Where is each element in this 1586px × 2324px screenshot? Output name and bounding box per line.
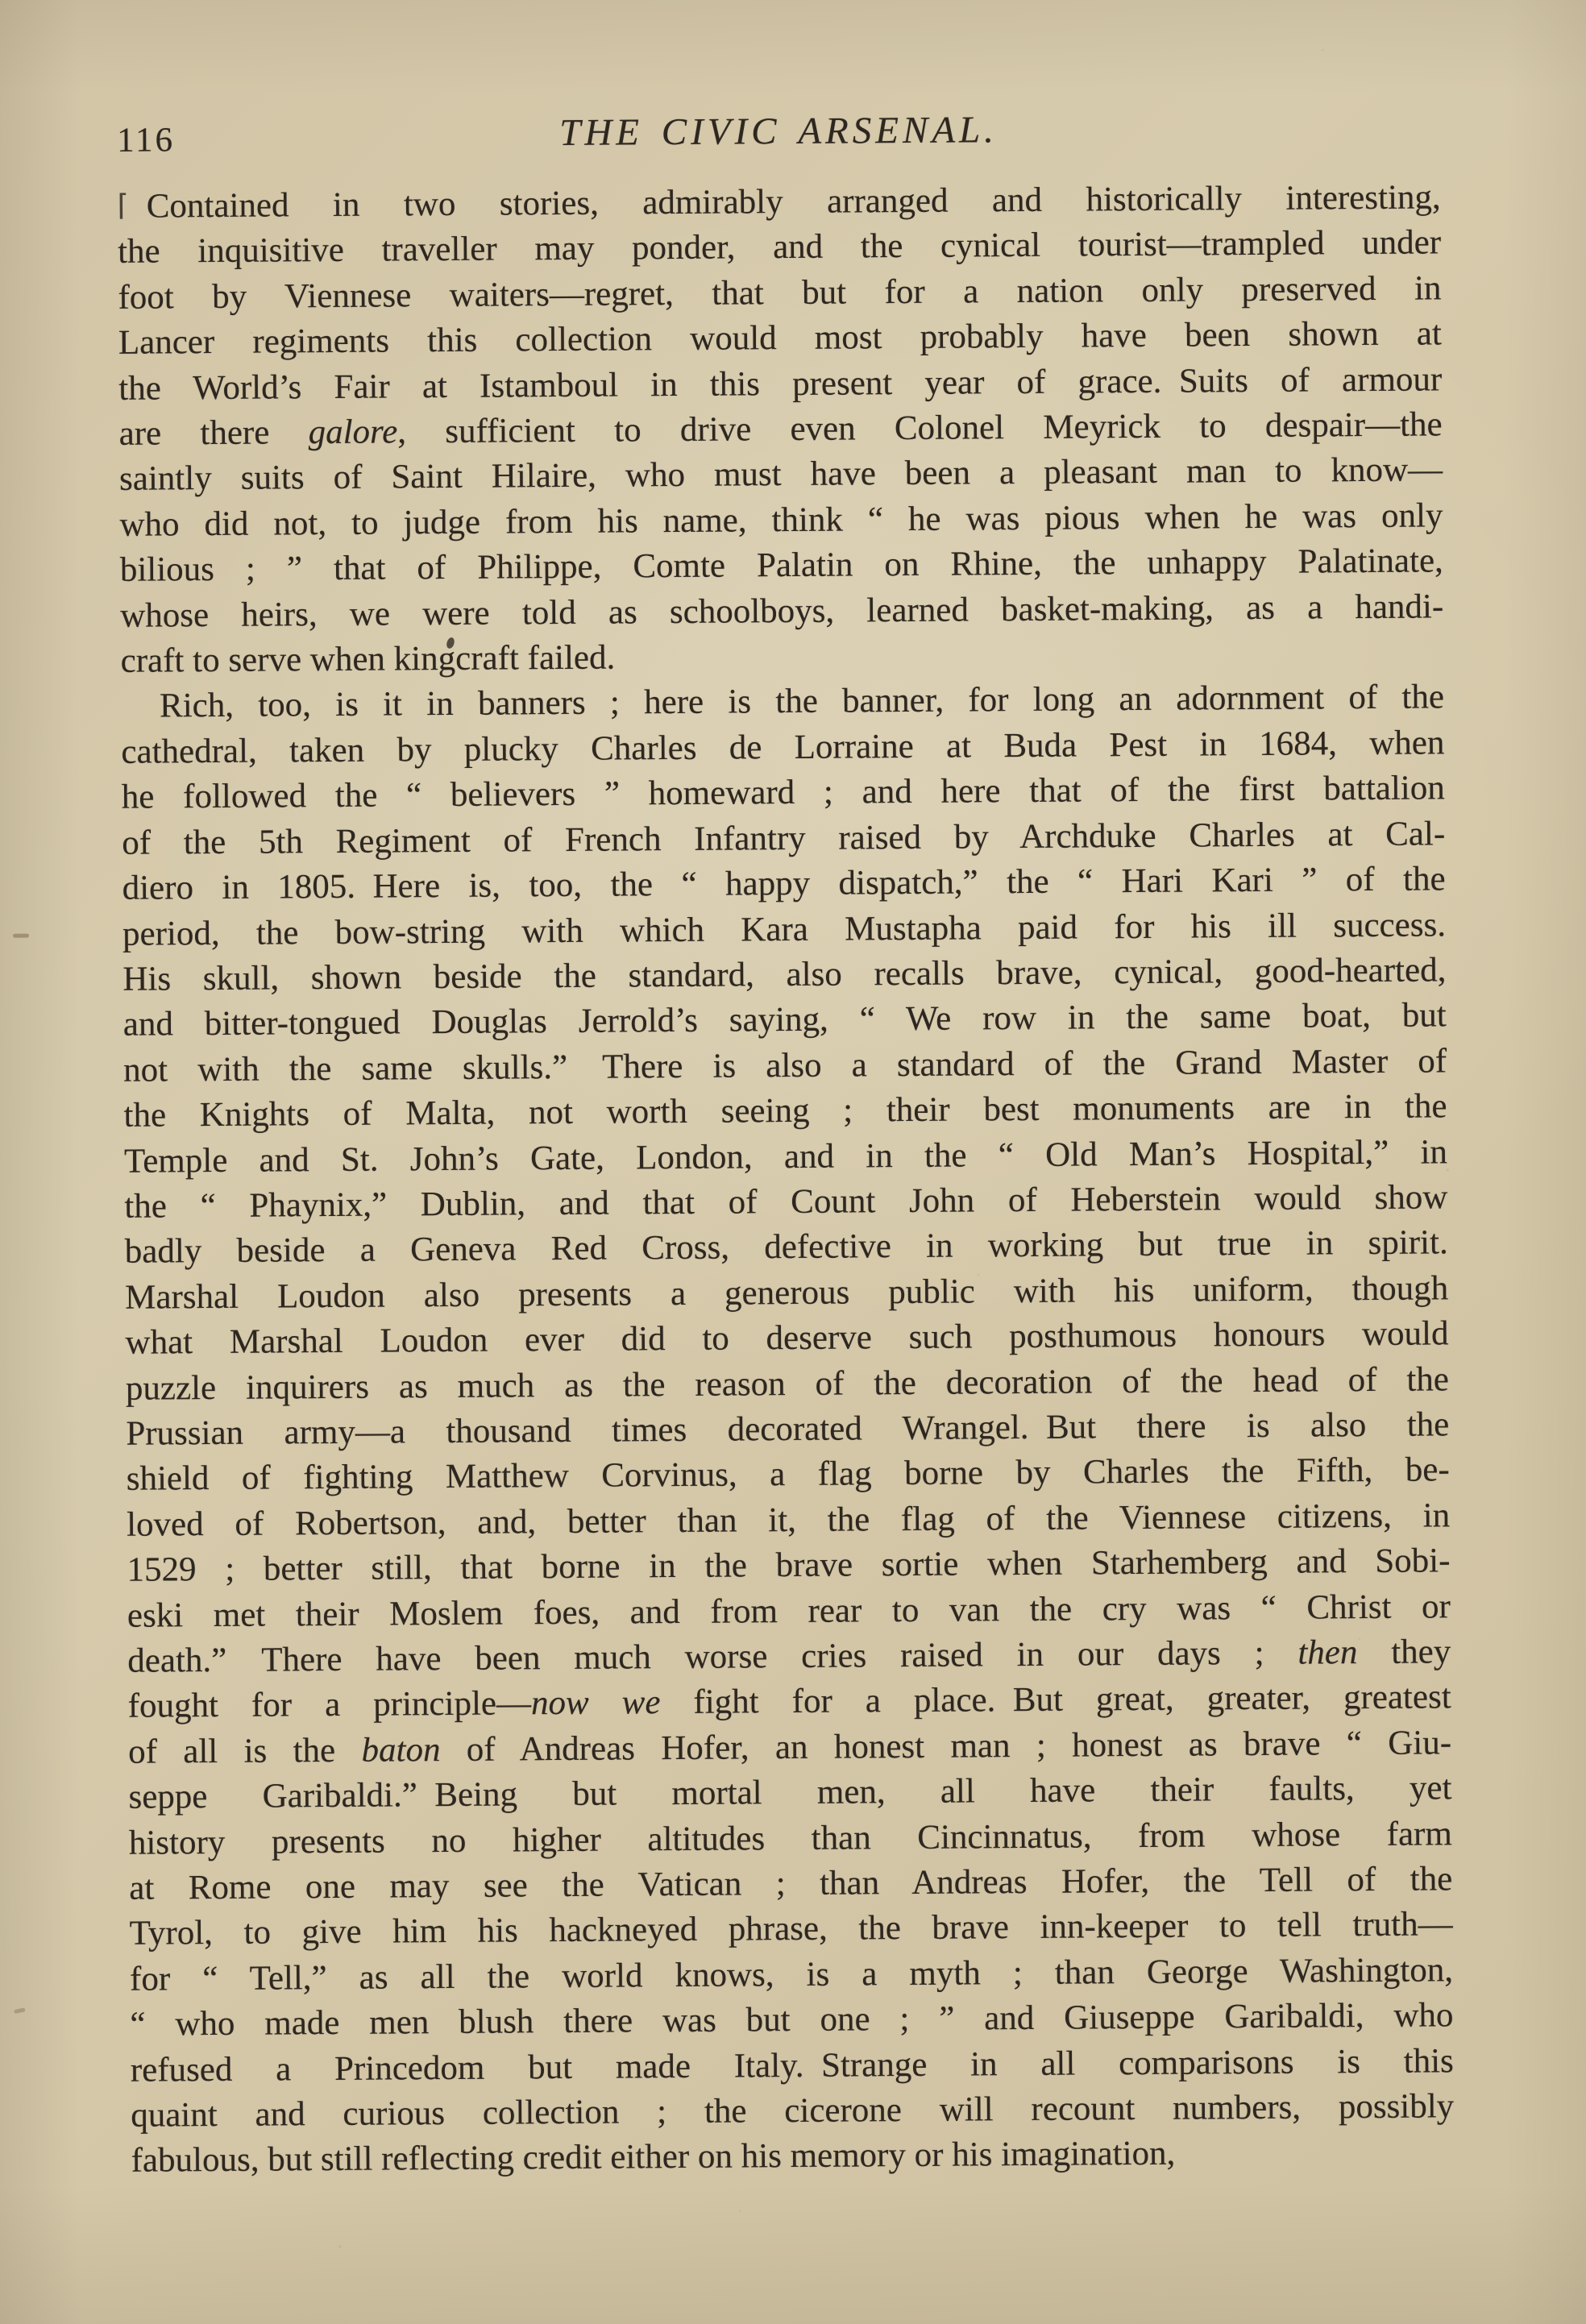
paragraph: ⌈Contained in two stories, admirably arr… bbox=[118, 174, 1444, 684]
paragraph-opening-mark-icon: ⌈ bbox=[118, 189, 129, 222]
margin-mark bbox=[13, 934, 29, 938]
text-line: whose heirs, we were told as schoolboys,… bbox=[120, 584, 1443, 639]
page-number: 116 bbox=[117, 120, 175, 160]
italic-text: baton bbox=[361, 1731, 440, 1770]
italic-text: galore bbox=[308, 413, 397, 451]
text-line: fabulous, but still reflecting credit ei… bbox=[131, 2130, 1454, 2185]
running-head-title: THE CIVIC ARSENAL. bbox=[117, 105, 1440, 157]
margin-mark bbox=[14, 2007, 26, 2014]
paragraph: Rich, too, is it in banners ; here is th… bbox=[121, 675, 1455, 2185]
italic-text: then bbox=[1297, 1633, 1357, 1672]
text-block: ⌈Contained in two stories, admirably arr… bbox=[118, 174, 1455, 2184]
page-header: 116 THE CIVIC ARSENAL. bbox=[117, 105, 1440, 165]
scanned-page: 116 THE CIVIC ARSENAL. ⌈Contained in two… bbox=[0, 0, 1586, 2324]
italic-text: now we bbox=[531, 1684, 661, 1723]
